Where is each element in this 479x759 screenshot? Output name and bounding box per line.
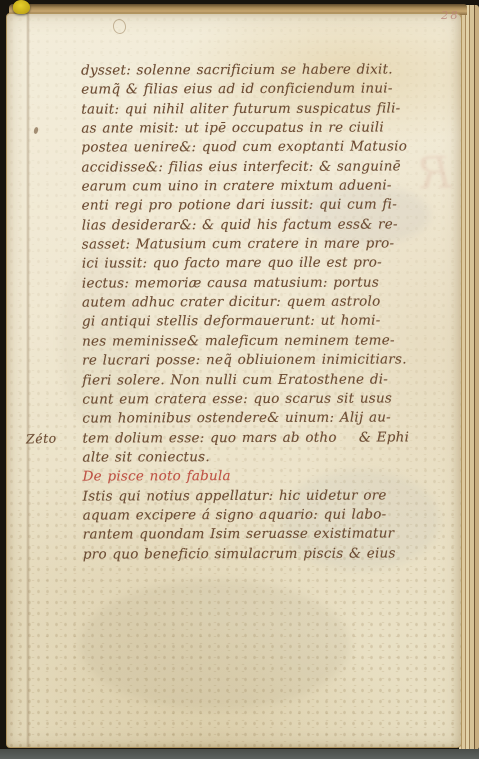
text-line: pro quo beneficio simulacrum piscis & ei… [83,544,413,564]
rubric-line: De pisce noto fabula [83,467,413,487]
text-block: dysset: solenne sacrificium se habere di… [81,60,413,564]
text-line: tem dolium esse: quo mars ab otho & Ephi [82,428,412,448]
text-line: lias desiderar&: & quid his factum ess& … [82,215,412,235]
text-line: accidisse&: filias eius interfecit: & sa… [81,157,411,177]
text-line: as ante misit: ut ipē occupatus in re ci… [81,118,411,138]
margin-note: Zéto [26,430,57,446]
text-line: iectus: memoriæ causa matusium: portus [82,273,412,293]
text-line: cum hominibus ostendere& uinum: Alij au- [82,409,412,429]
text-line: re lucrari posse: neq̃ obliuionem inimic… [82,351,412,371]
page-stack-edges [459,5,479,750]
text-line: nes meminisse& maleficum neminem teme- [82,331,412,351]
show-through-smudge [80,580,350,710]
text-line: Istis qui notius appellatur: hic uidetur… [83,486,413,506]
text-line: postea uenire&: quod cum exoptanti Matus… [81,138,411,158]
text-line: cunt eum cratera esse: quo scarus sit us… [82,389,412,409]
yellow-bookmark-tab [13,0,30,14]
text-line: eumq̃ & filias eius ad id conficiendum i… [81,80,411,100]
gutter-shadow [26,14,30,747]
text-line: tauit: qui nihil aliter futurum suspicat… [81,99,411,119]
backdrop-bottom-strip [0,749,479,759]
folio-number: 28 [441,8,460,22]
text-line: aquam excipere á signo aquario: qui labo… [83,505,413,525]
text-line: fieri solere. Non nulli cum Eratosthene … [82,370,412,390]
text-line: ici iussit: quo facto mare quo ille est … [82,254,412,274]
text-line: alte sit coniectus. [82,447,412,467]
text-line: autem adhuc crater dicitur: quem astrolo [82,293,412,313]
text-line: sasset: Matusium cum cratere in mare pro… [82,235,412,255]
text-line: dysset: solenne sacrificium se habere di… [81,60,411,80]
text-line: earum cum uino in cratere mixtum adueni- [82,176,412,196]
text-line: rantem quondam Isim seruasse existimatur [83,525,413,545]
show-through-initial: R [417,147,452,199]
text-line: enti regi pro potione dari iussit: qui c… [82,196,412,216]
text-line: gi antiqui stellis deformauerunt: ut hom… [82,312,412,332]
